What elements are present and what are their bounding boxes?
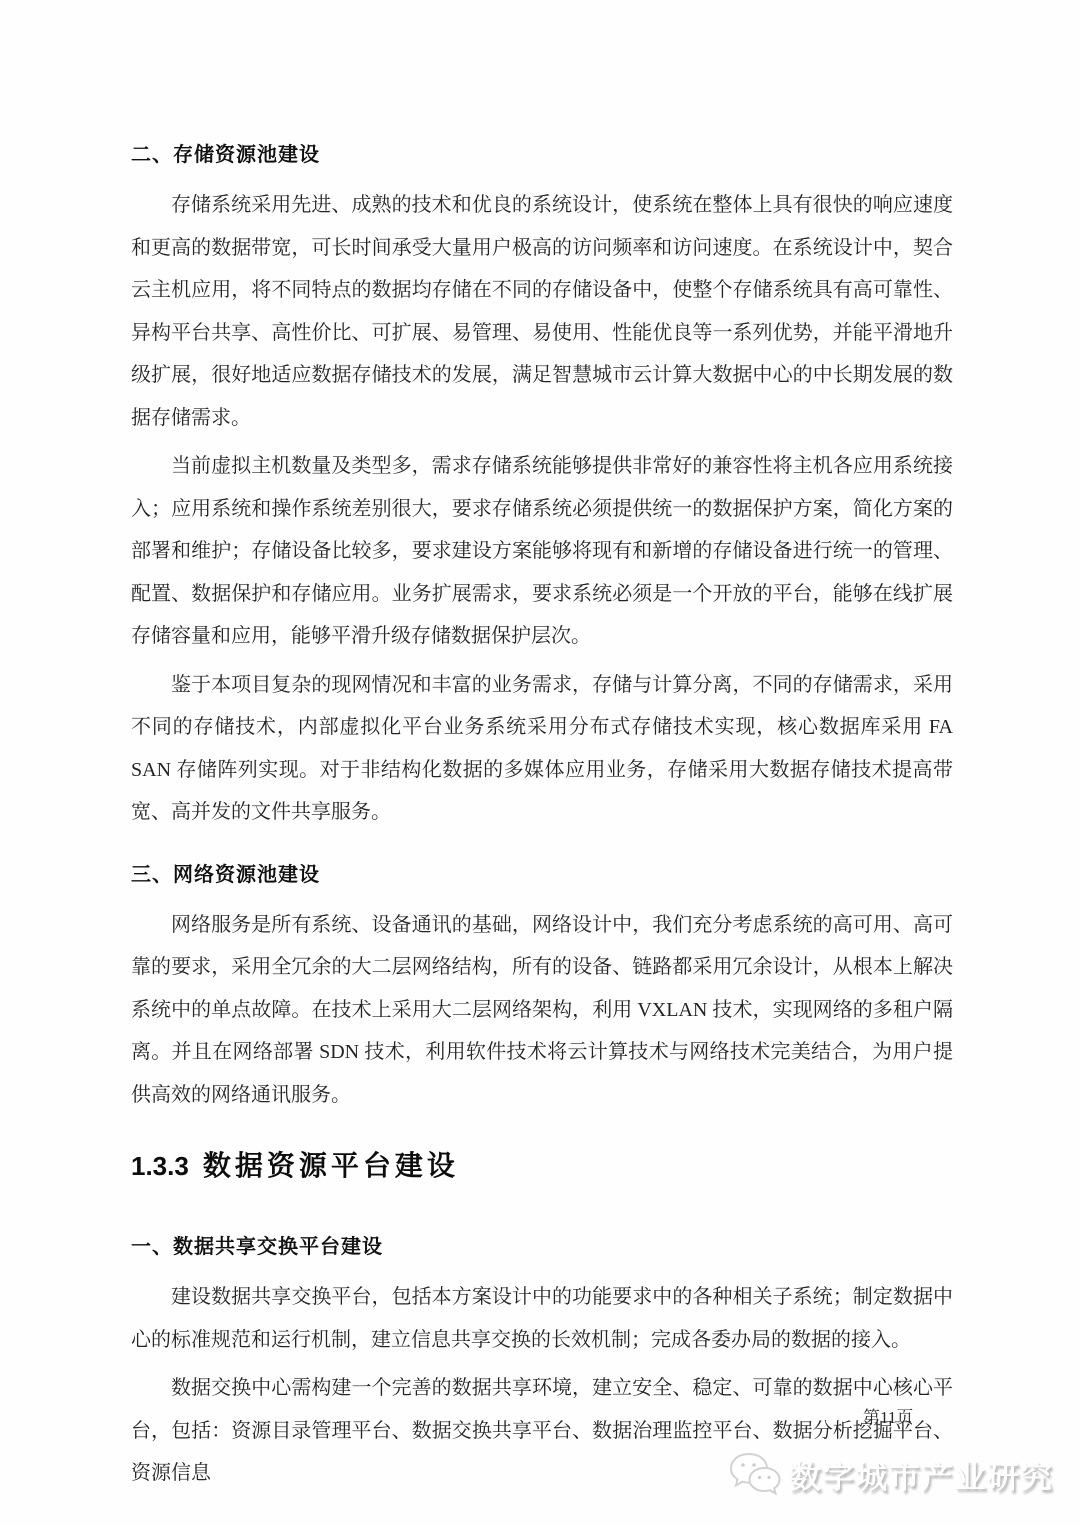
watermark: 数字城市产业研究: [728, 1446, 1054, 1502]
chapter-heading-data-platform: 1.3.3 数据资源平台建设: [131, 1144, 953, 1184]
paragraph-storage-1: 存储系统采用先进、成熟的技术和优良的系统设计，使系统在整体上具有很快的响应速度和…: [131, 184, 953, 439]
document-content: 二、存储资源池建设 存储系统采用先进、成熟的技术和优良的系统设计，使系统在整体上…: [131, 138, 953, 1501]
section-heading-storage-pool: 二、存储资源池建设: [131, 138, 953, 167]
page-number: 第11页: [863, 1403, 913, 1428]
chapter-number: 1.3.3: [131, 1151, 189, 1182]
wechat-icon: [728, 1446, 782, 1502]
paragraph-network-1: 网络服务是所有系统、设备通讯的基础，网络设计中，我们充分考虑系统的高可用、高可靠…: [131, 904, 953, 1117]
chapter-title: 数据资源平台建设: [203, 1144, 459, 1184]
paragraph-storage-2: 当前虚拟主机数量及类型多，需求存储系统能够提供非常好的兼容性将主机各应用系统接入…: [131, 445, 953, 658]
document-page: 二、存储资源池建设 存储系统采用先进、成熟的技术和优良的系统设计，使系统在整体上…: [0, 0, 1080, 1526]
section-heading-network-pool: 三、网络资源池建设: [131, 858, 953, 887]
section-heading-data-exchange: 一、数据共享交换平台建设: [131, 1230, 953, 1259]
watermark-text: 数字城市产业研究: [790, 1452, 1054, 1497]
paragraph-exchange-1: 建设数据共享交换平台，包括本方案设计中的功能要求中的各种相关子系统；制定数据中心…: [131, 1276, 953, 1361]
paragraph-storage-3: 鉴于本项目复杂的现网情况和丰富的业务需求，存储与计算分离，不同的存储需求，采用不…: [131, 664, 953, 834]
